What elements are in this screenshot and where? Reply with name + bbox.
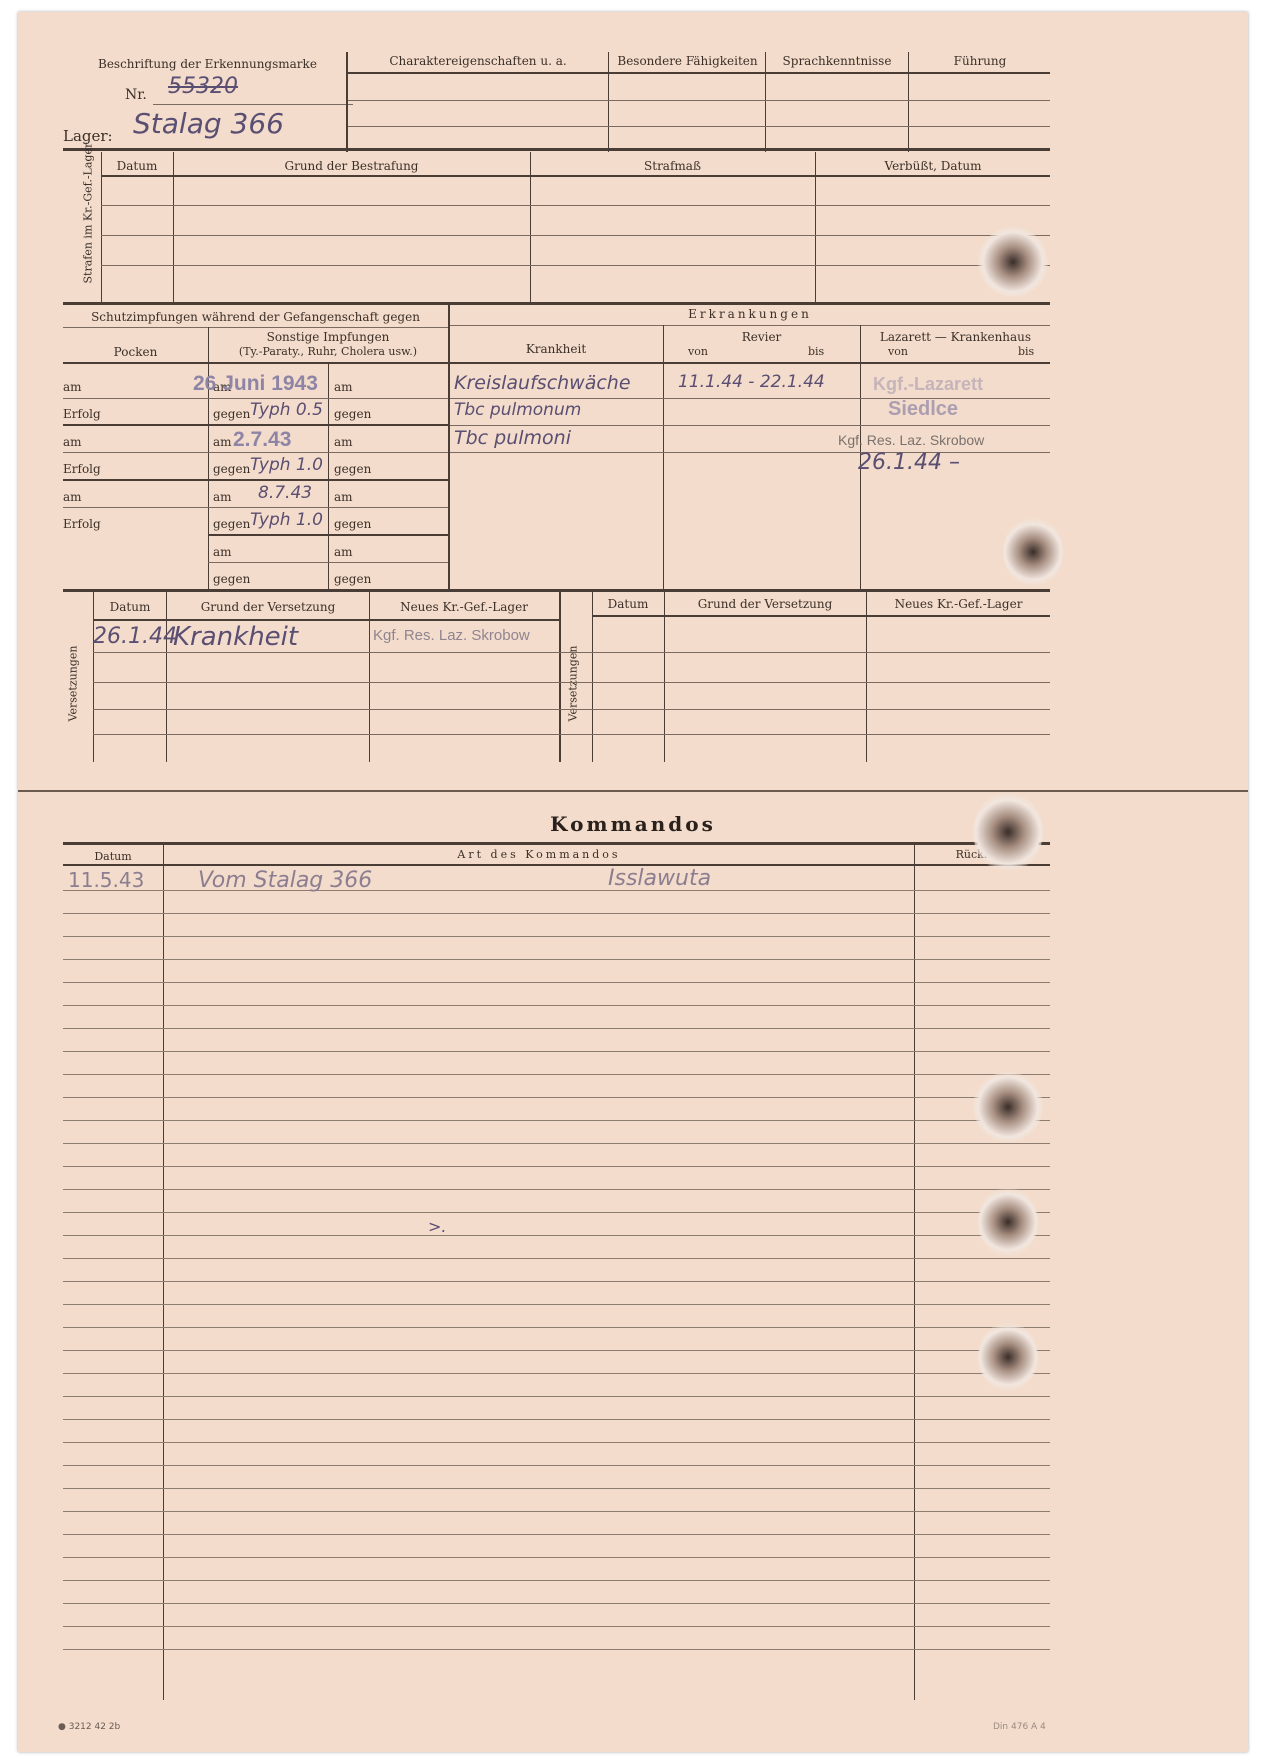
row-label: am: [63, 380, 82, 394]
divider: [866, 592, 867, 762]
nr-value: 55320: [168, 74, 238, 99]
divider: [63, 398, 448, 399]
divider: [63, 148, 1050, 151]
transfer-camp-stamp: Kgf. Res. Laz. Skrobow: [373, 627, 530, 644]
hole-damage: [973, 792, 1043, 872]
divider: [101, 235, 1050, 236]
print-code: ● 3212 42 2b: [58, 1722, 120, 1732]
divider: [63, 507, 448, 508]
gegen-label: gegen: [334, 407, 371, 421]
divider: [369, 592, 370, 762]
col-conduct: Führung: [910, 54, 1050, 68]
handwritten-mark: >.: [428, 1217, 447, 1236]
divider: [450, 362, 1050, 364]
vaccinations-title: Schutzimpfungen während der Gefangenscha…: [63, 310, 448, 324]
divider: [63, 864, 1050, 866]
illness-line: Kreislaufschwäche: [454, 372, 631, 394]
divider: [101, 265, 1050, 266]
hole-damage: [978, 1187, 1038, 1257]
lazarett-date: 26.1.44 –: [858, 450, 960, 475]
divider: [101, 175, 1050, 177]
col-datum: Datum: [593, 597, 663, 611]
hole-damage: [978, 227, 1048, 297]
nr-label: Nr.: [125, 87, 147, 103]
revier-von: von: [688, 345, 708, 358]
revier-dates: 11.1.44 - 22.1.44: [678, 372, 825, 392]
kommando-place: Isslawuta: [608, 866, 711, 891]
divider: [93, 592, 94, 762]
col-datum: Datum: [63, 850, 163, 863]
divider: [664, 592, 665, 762]
row-label: am: [63, 435, 82, 449]
kommandos-title: Kommandos: [18, 812, 1248, 836]
divider: [559, 592, 561, 762]
divider: [63, 327, 448, 328]
col-other-sub: (Ty.-Paraty., Ruhr, Cholera usw.): [208, 345, 448, 358]
col-languages: Sprachkenntnisse: [767, 54, 907, 68]
row-label: Erfolg: [63, 407, 101, 421]
hole-damage: [1003, 517, 1063, 587]
divider: [348, 72, 1050, 74]
divider: [63, 362, 448, 364]
divider: [93, 652, 1050, 653]
divider: [450, 325, 1050, 326]
col-reason: Grund der Versetzung: [665, 597, 865, 611]
col-abilities: Besondere Fähigkeiten: [610, 54, 765, 68]
divider: [93, 619, 559, 621]
pow-record-card: Beschriftung der Erkennungsmarke Nr. 553…: [18, 12, 1248, 1752]
lazarett-stamp: Kgf.-Lazarett: [873, 374, 983, 395]
col-served: Verbüßt, Datum: [816, 159, 1050, 173]
vacc-date-stamp: 2.7.43: [233, 428, 291, 452]
illnesses-title: Erkrankungen: [450, 307, 1050, 321]
tag-label: Beschriftung der Erkennungsmarke: [98, 57, 317, 71]
hole-damage: [978, 1322, 1038, 1392]
divider: [208, 327, 209, 589]
divider: [663, 325, 664, 589]
col-other: Sonstige Impfungen: [208, 330, 448, 344]
lazarett-von: von: [888, 345, 908, 358]
col-revier: Revier: [664, 330, 859, 344]
col-new-camp: Neues Kr.-Gef.-Lager: [370, 600, 558, 614]
vacc-type: Typh 0.5: [250, 400, 323, 420]
gegen-label: gegen: [213, 572, 250, 586]
col-kommando-type: Art des Kommandos: [164, 848, 914, 861]
vacc-date: 8.7.43: [258, 483, 312, 503]
col-pocken: Pocken: [63, 345, 208, 359]
illness-line: Tbc pulmonum: [454, 400, 581, 420]
nr-line: [153, 104, 353, 105]
am-label: am: [213, 545, 232, 559]
illness-line: Tbc pulmoni: [454, 427, 571, 449]
gegen-label: gegen: [334, 462, 371, 476]
am-label: am: [334, 545, 353, 559]
vacc-type: Typh 1.0: [250, 510, 323, 530]
lager-value: Stalag 366: [133, 107, 284, 140]
divider: [93, 734, 1050, 735]
gegen-label: gegen: [213, 407, 250, 421]
divider: [765, 52, 766, 152]
col-lazarett: Lazarett — Krankenhaus: [861, 330, 1050, 344]
kommandos-ruled-lines: [63, 890, 1050, 1672]
divider: [166, 592, 167, 762]
divider: [208, 534, 448, 536]
kommando-type: Vom Stalag 366: [198, 868, 372, 893]
col-reason: Grund der Versetzung: [167, 600, 369, 614]
gegen-label: gegen: [213, 517, 250, 531]
divider: [592, 615, 1050, 617]
divider: [63, 842, 1050, 845]
transfer-reason: Krankheit: [173, 622, 298, 652]
revier-bis: bis: [808, 345, 824, 358]
divider: [348, 100, 1050, 101]
divider: [93, 709, 1050, 710]
punishments-side-label: Strafen im Kr.-Gef.-Lager: [82, 174, 95, 284]
hole-damage: [973, 1072, 1043, 1142]
col-datum: Datum: [94, 600, 166, 614]
divider: [908, 52, 909, 152]
lazarett-bis: bis: [1018, 345, 1034, 358]
vacc-date-stamp: 26 Juni 1943: [193, 372, 318, 396]
divider: [63, 424, 448, 426]
am-label: am: [213, 490, 232, 504]
divider: [348, 126, 1050, 127]
kommando-date: 11.5.43: [68, 868, 144, 892]
row-label: Erfolg: [63, 462, 101, 476]
am-label: am: [334, 490, 353, 504]
divider: [63, 302, 1050, 305]
divider: [450, 398, 1050, 399]
divider: [208, 562, 448, 563]
divider: [93, 682, 1050, 683]
am-label: am: [334, 435, 353, 449]
divider: [63, 479, 448, 481]
gegen-label: gegen: [334, 572, 371, 586]
divider: [63, 452, 448, 453]
col-datum: Datum: [102, 159, 172, 173]
row-label: Erfolg: [63, 517, 101, 531]
divider: [450, 452, 1050, 453]
divider: [450, 425, 1050, 426]
fold-line: [18, 790, 1248, 792]
col-character: Charaktereigenschaften u. a.: [348, 54, 608, 68]
print-code-text: 3212 42 2b: [69, 1722, 121, 1732]
gegen-label: gegen: [334, 517, 371, 531]
divider: [592, 592, 593, 762]
am-label: am: [213, 435, 232, 449]
transfer-date: 26.1.44: [93, 624, 177, 649]
am-label: am: [334, 380, 353, 394]
transfers-side-label: Versetzungen: [67, 639, 80, 729]
row-label: am: [63, 490, 82, 504]
divider: [63, 589, 1050, 592]
divider: [101, 205, 1050, 206]
col-krankheit: Krankheit: [450, 342, 662, 356]
col-penalty: Strafmaß: [531, 159, 814, 173]
col-new-camp: Neues Kr.-Gef.-Lager: [867, 597, 1050, 611]
gegen-label: gegen: [213, 462, 250, 476]
divider: [608, 52, 609, 152]
vacc-type: Typh 1.0: [250, 455, 323, 475]
col-reason: Grund der Bestrafung: [174, 159, 529, 173]
lazarett-stamp-2: Kgf. Res. Laz. Skrobow: [838, 432, 984, 448]
din-format: Din 476 A 4: [993, 1722, 1046, 1732]
lazarett-stamp-city: Siedlce: [888, 398, 958, 421]
